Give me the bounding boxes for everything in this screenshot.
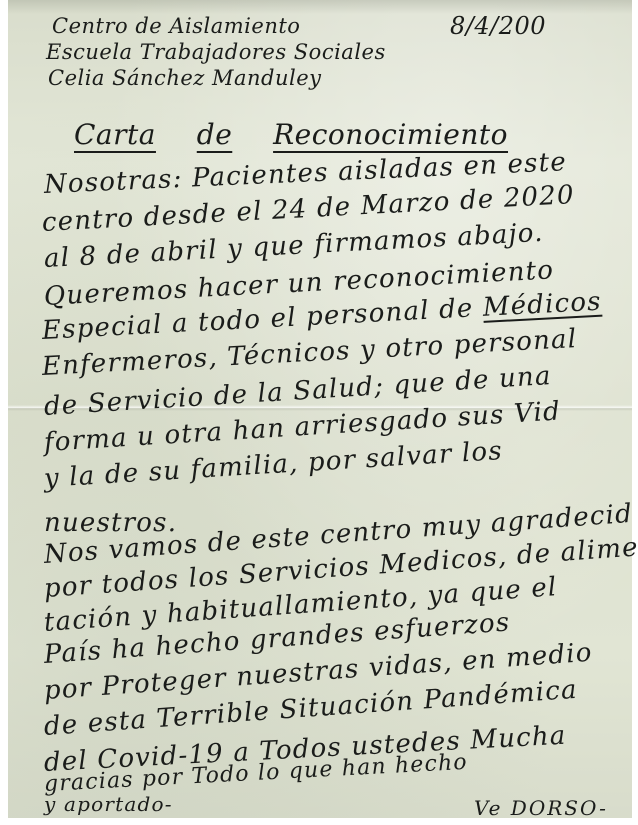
ve-dorso-note: Ve DORSO-: [474, 796, 608, 820]
title-word-de: de: [197, 118, 233, 151]
letter-title: Carta de Reconocimiento: [74, 118, 508, 151]
letter-paper: Centro de Aislamiento Escuela Trabajador…: [8, 0, 632, 818]
letter-date: 8/4/200: [450, 12, 546, 40]
underlined-medicos: Médicos: [482, 287, 602, 323]
header-line-1: Centro de Aislamiento: [52, 14, 300, 38]
header-line-2: Escuela Trabajadores Sociales: [46, 40, 386, 64]
title-word-reconocimiento: Reconocimiento: [273, 118, 508, 151]
body-line-19: y aportado-: [44, 792, 173, 816]
header-line-3: Celia Sánchez Manduley: [48, 66, 322, 90]
title-word-carta: Carta: [74, 118, 156, 151]
